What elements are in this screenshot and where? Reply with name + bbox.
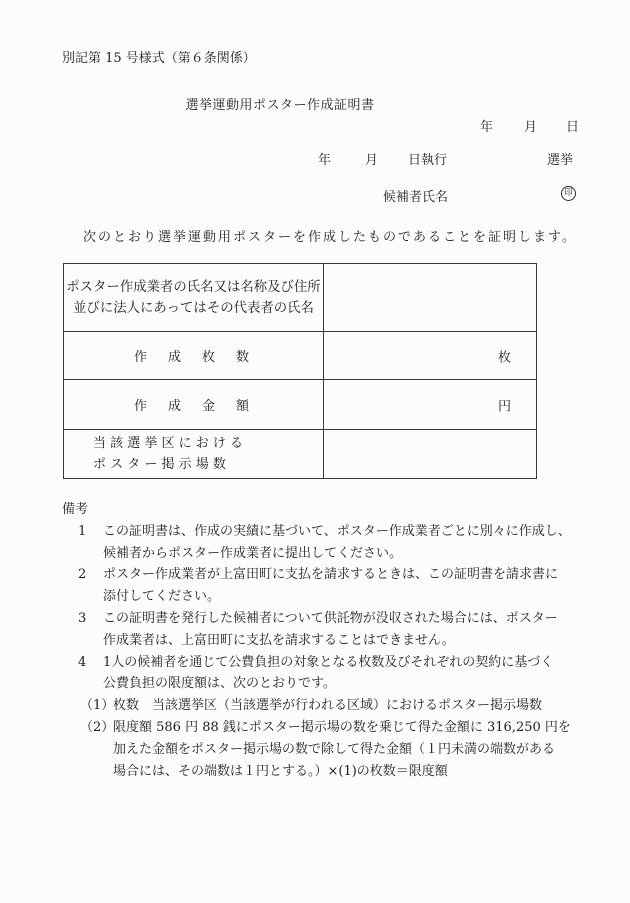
remark-item-2: 2 ポスター作成業者が上富田町に支払を請求するときは、この証明書を請求書に 添付… xyxy=(62,564,574,608)
remark-subitem-1-text: 枚数 当該選挙区（当該選挙が行われる区域）におけるポスター掲示場数 xyxy=(113,695,574,717)
remark-item-1-text: この証明書は、作成の実績に基づいて、ポスター作成業者ごとに別々に作成し、 候補者… xyxy=(103,521,574,565)
remark-item-3-line1: この証明書を発行した候補者について供託物が没収された場合には、ポスター xyxy=(103,608,574,630)
remark-subitem-2-number: （2） xyxy=(62,717,113,782)
remark-item-4: 4 1人の候補者を通じて公費負担の対象となる枚数及びそれぞれの契約に基づく 公費… xyxy=(62,652,574,696)
remark-subitem-2-line2: 加えた金額をポスター掲示場の数で除して得た金額（１円未満の端数がある xyxy=(113,739,574,761)
copies-count-value-cell: 枚 xyxy=(323,332,536,379)
remark-item-4-text: 1人の候補者を通じて公費負担の対象となる枚数及びそれぞれの契約に基づく 公費負担… xyxy=(103,652,574,696)
table-row-amount: 作 成 金 額 円 xyxy=(64,379,536,429)
remark-subitem-2-line1: 限度額 586 円 88 銭にポスター掲示場の数を乗じて得た金額に 316,25… xyxy=(113,717,574,739)
remark-item-4-line1: 1人の候補者を通じて公費負担の対象となる枚数及びそれぞれの契約に基づく xyxy=(103,652,574,674)
remark-item-3: 3 この証明書を発行した候補者について供託物が没収された場合には、ポスター 作成… xyxy=(62,608,574,652)
election-label: 選挙 xyxy=(547,153,573,168)
remarks-section: 備考 1 この証明書は、作成の実績に基づいて、ポスター作成業者ごとに別々に作成し… xyxy=(62,499,574,782)
election-date-line: 年月日執行選挙 xyxy=(318,149,573,168)
candidate-name-line: 候補者氏名 印 xyxy=(383,186,448,205)
remark-item-4-line2: 公費負担の限度額は、次のとおりです。 xyxy=(103,673,574,695)
remark-subitem-2-text: 限度額 586 円 88 銭にポスター掲示場の数を乗じて得た金額に 316,25… xyxy=(113,717,574,782)
certificate-table: ポスター作成業者の氏名又は名称及び住所並びに法人にあってはその代表者の氏名 作 … xyxy=(63,263,537,479)
remark-item-2-text: ポスター作成業者が上富田町に支払を請求するときは、この証明書を請求書に 添付して… xyxy=(103,564,574,608)
document-page: 別記第 15 号様式（第６条関係） 選挙運動用ポスター作成証明書 年月日 年月日… xyxy=(0,0,630,903)
issue-day-label: 日 xyxy=(566,120,579,135)
poster-maker-name-label: ポスター作成業者の氏名又は名称及び住所並びに法人にあってはその代表者の氏名 xyxy=(64,264,323,331)
remark-subitem-1-line1: 枚数 当該選挙区（当該選挙が行われる区域）におけるポスター掲示場数 xyxy=(113,695,574,717)
remark-item-3-number: 3 xyxy=(62,608,103,652)
remark-item-2-line1: ポスター作成業者が上富田町に支払を請求するときは、この証明書を請求書に xyxy=(103,564,574,586)
issue-year-label: 年 xyxy=(480,120,493,135)
poster-maker-name-value-cell xyxy=(323,264,536,331)
issue-date-line: 年月日 xyxy=(480,116,579,135)
remark-item-1-line1: この証明書は、作成の実績に基づいて、ポスター作成業者ごとに別々に作成し、 xyxy=(103,521,574,543)
remark-item-1-number: 1 xyxy=(62,521,103,565)
poster-sites-label-cell: 当 該 選 挙 区 に お け る ポ ス タ ー 掲 示 場 数 xyxy=(64,430,323,478)
poster-sites-value-cell xyxy=(323,430,536,478)
copies-count-label: 作 成 枚 数 xyxy=(134,346,253,365)
candidate-name-label: 候補者氏名 xyxy=(383,190,448,205)
remark-subitem-2: （2） 限度額 586 円 88 銭にポスター掲示場の数を乗じて得た金額に 31… xyxy=(62,717,574,782)
remark-item-2-number: 2 xyxy=(62,564,103,608)
election-year-label: 年 xyxy=(318,153,331,168)
issue-month-label: 月 xyxy=(524,120,537,135)
remark-item-1-line2: 候補者からポスター作成業者に提出してください。 xyxy=(103,543,574,565)
seal-mark-icon: 印 xyxy=(561,186,576,201)
poster-sites-label-line2: ポ ス タ ー 掲 示 場 数 xyxy=(93,454,323,475)
table-row-poster-sites: 当 該 選 挙 区 に お け る ポ ス タ ー 掲 示 場 数 xyxy=(64,429,536,478)
remark-item-4-number: 4 xyxy=(62,652,103,696)
copies-count-unit-label: 枚 xyxy=(498,346,511,365)
certification-statement: 次のとおり選挙運動用ポスターを作成したものであることを証明します。 xyxy=(83,226,577,245)
remark-item-3-text: この証明書を発行した候補者について供託物が没収された場合には、ポスター 作成業者… xyxy=(103,608,574,652)
amount-unit-label: 円 xyxy=(498,395,511,414)
form-number: 別記第 15 号様式（第６条関係） xyxy=(62,47,256,66)
election-month-label: 月 xyxy=(365,153,378,168)
remark-subitem-1: （1） 枚数 当該選挙区（当該選挙が行われる区域）におけるポスター掲示場数 xyxy=(62,695,574,717)
remark-item-3-line2: 作成業者は、上富田町に支払を請求することはできません。 xyxy=(103,630,574,652)
remark-subitem-1-number: （1） xyxy=(62,695,113,717)
remarks-heading: 備考 xyxy=(62,499,574,521)
election-day-executed-label: 日執行 xyxy=(408,153,447,168)
table-row-maker-name: ポスター作成業者の氏名又は名称及び住所並びに法人にあってはその代表者の氏名 xyxy=(64,264,536,331)
amount-label-cell: 作 成 金 額 xyxy=(64,380,323,429)
remark-subitem-2-line3: 場合には、その端数は１円とする。）×(1)の枚数＝限度額 xyxy=(113,761,574,783)
poster-sites-label-line1: 当 該 選 挙 区 に お け る xyxy=(93,433,323,454)
amount-value-cell: 円 xyxy=(323,380,536,429)
amount-label: 作 成 金 額 xyxy=(134,395,253,414)
remark-item-2-line2: 添付してください。 xyxy=(103,586,574,608)
document-title: 選挙運動用ポスター作成証明書 xyxy=(0,94,595,113)
table-row-copies-count: 作 成 枚 数 枚 xyxy=(64,331,536,379)
remark-item-1: 1 この証明書は、作成の実績に基づいて、ポスター作成業者ごとに別々に作成し、 候… xyxy=(62,521,574,565)
copies-count-label-cell: 作 成 枚 数 xyxy=(64,332,323,379)
